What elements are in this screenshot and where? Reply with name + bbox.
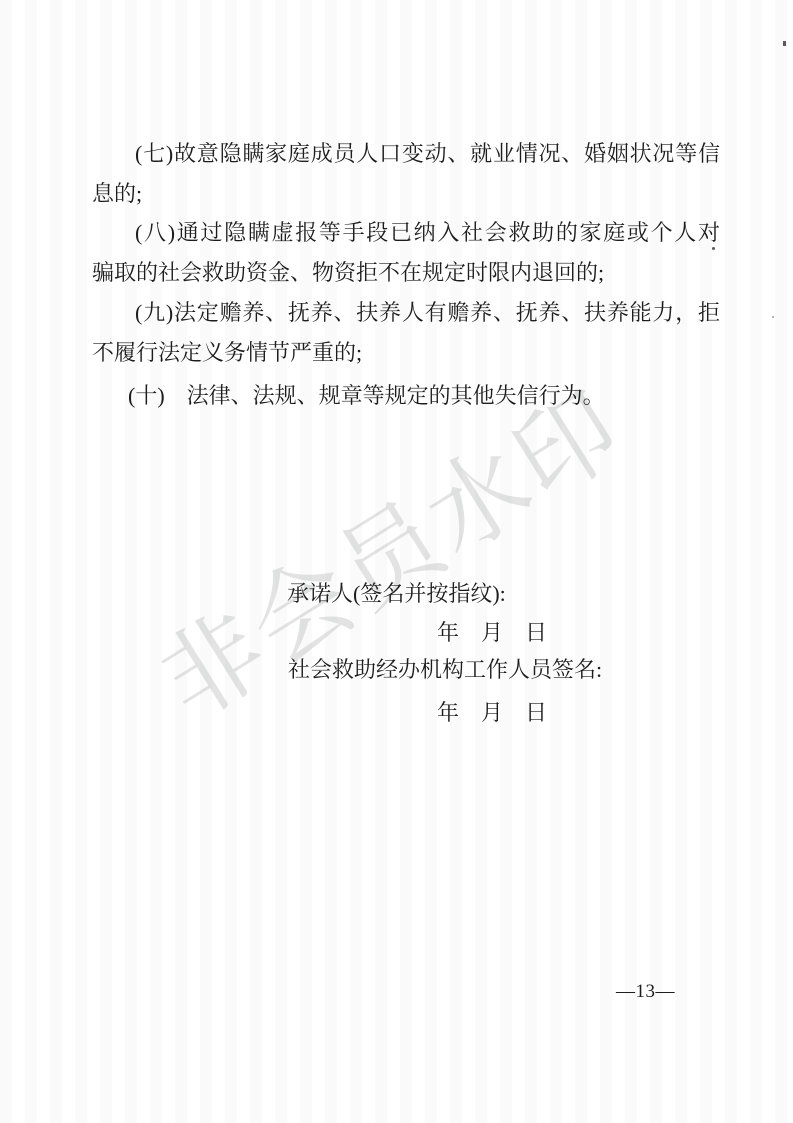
page-number: —13— [616,980,675,1004]
clause-line-6: 不履行法定义务情节严重的; [92,333,720,373]
document-page: 非会员水印 (七)故意隐瞒家庭成员人口变动、就业情况、婚姻状况等信 息的; (八… [0,0,793,1123]
clause-line-5: (九)法定赡养、抚养、扶养人有赡养、抚养、扶养能力，拒 [92,293,720,333]
scan-speck [712,247,715,250]
signature-staff-label: 社会救助经办机构工作人员签名: [288,650,602,690]
clause-line-4: 骗取的社会救助资金、物资拒不在规定时限内退回的; [92,253,720,293]
clause-line-7: (十) 法律、法规、规章等规定的其他失信行为。 [92,376,720,416]
clause-line-1: (七)故意隐瞒家庭成员人口变动、就业情况、婚姻状况等信 [92,134,720,174]
scan-speck [783,41,786,46]
signature-promisor-label: 承诺人(签名并按指纹): [287,574,506,614]
scan-speck [772,316,774,318]
signature-promisor-date: 年 月 日 [437,613,547,653]
signature-staff-date: 年 月 日 [437,693,547,733]
clause-line-2: 息的; [92,174,720,214]
clause-line-3: (八)通过隐瞒虚报等手段已纳入社会救助的家庭或个人对 [92,213,720,253]
